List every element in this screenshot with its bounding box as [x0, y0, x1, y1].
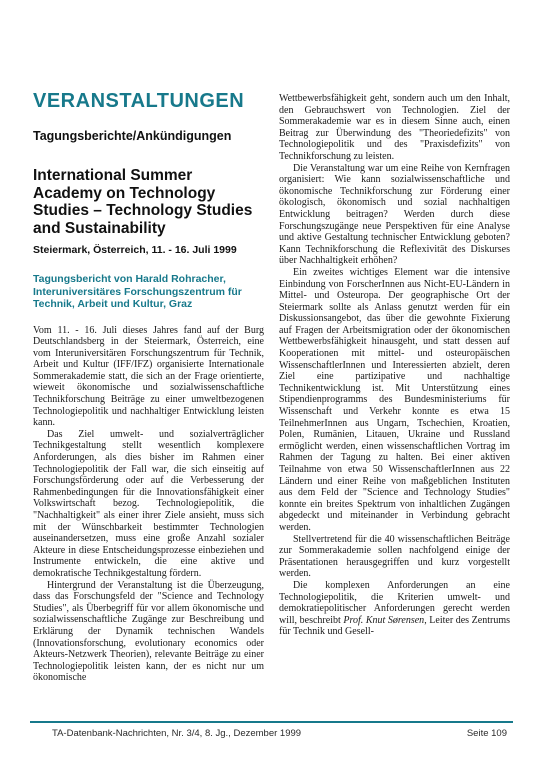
article-title: International Summer Academy on Technolo… [33, 167, 264, 237]
document-page: VERANSTALTUNGEN Tagungsberichte/Ankündig… [0, 0, 543, 768]
subsection-heading: Tagungsberichte/Ankündigungen [33, 129, 264, 143]
section-heading: VERANSTALTUNGEN [33, 90, 264, 113]
body-paragraph: Die komplexen Anforderungen an eine Tech… [279, 580, 510, 638]
body-paragraph: Vom 11. - 16. Juli dieses Jahres fand au… [33, 325, 264, 429]
body-paragraph: Die Veranstaltung war um eine Reihe von … [279, 163, 510, 267]
page-number: Seite 109 [467, 728, 507, 739]
body-paragraph: Das Ziel umwelt- und sozialverträglicher… [33, 429, 264, 580]
journal-info: TA-Datenbank-Nachrichten, Nr. 3/4, 8. Jg… [52, 728, 301, 739]
page-footer: TA-Datenbank-Nachrichten, Nr. 3/4, 8. Jg… [30, 721, 513, 739]
left-column: VERANSTALTUNGEN Tagungsberichte/Ankündig… [33, 90, 264, 684]
body-paragraph: Wettbewerbsfähigkeit geht, sondern auch … [279, 93, 510, 163]
body-paragraph: Ein zweites wichtiges Element war die in… [279, 267, 510, 534]
body-paragraph: Stellvertretend für die 40 wissenschaftl… [279, 534, 510, 580]
author-note: Tagungsbericht von Harald Rohracher, Int… [33, 273, 264, 311]
body-paragraph: Hintergrund der Veranstaltung ist die Üb… [33, 580, 264, 684]
venue-date-line: Steiermark, Österreich, 11. - 16. Juli 1… [33, 244, 264, 256]
person-name-italic: Prof. Knut Sørensen [343, 615, 424, 626]
right-column: Wettbewerbsfähigkeit geht, sondern auch … [279, 93, 510, 638]
